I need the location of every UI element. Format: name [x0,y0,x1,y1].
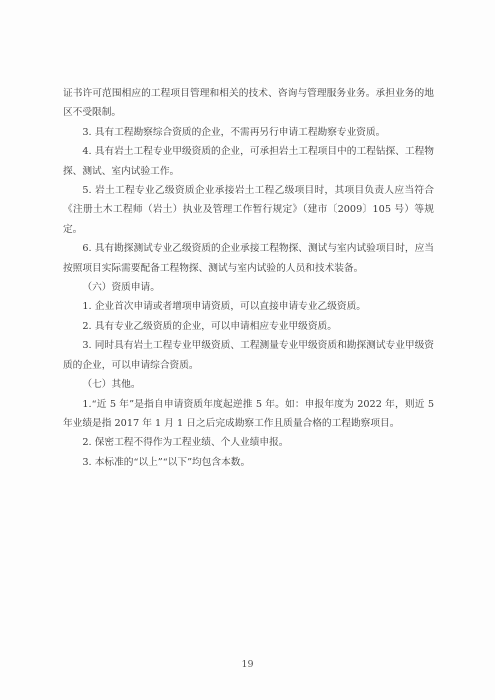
paragraph-item-2: 2. 具有专业乙级资质的企业，可以申请相应专业甲级资质。 [63,317,434,336]
document-body-text: 证书许可范围相应的工程项目管理和相关的技术、咨询与管理服务业务。承担业务的地区不… [63,84,434,472]
paragraph-other-1: 1.“近 5 年”是指自申请资质年度起逆推 5 年。如：申报年度为 2022 年… [63,395,434,434]
page-number: 19 [0,659,495,670]
paragraph-item-6: 6. 具有勘探测试专业乙级资质的企业承接工程物探、测试与室内试验项目时，应当按照… [63,239,434,278]
section-heading-6: （六）资质申请。 [63,278,434,297]
paragraph-item-5: 5. 岩土工程专业乙级资质企业承接岩土工程乙级项目时，其项目负责人应当符合《注册… [63,181,434,239]
paragraph-item-3b: 3. 同时具有岩土工程专业甲级资质、工程测量专业甲级资质和勘探测试专业甲级资质的… [63,336,434,375]
section-heading-7: （七）其他。 [63,375,434,394]
paragraph-item-1: 1. 企业首次申请或者增项申请资质，可以直接申请专业乙级资质。 [63,297,434,316]
paragraph-other-3: 3. 本标准的“以上”“以下”均包含本数。 [63,453,434,472]
paragraph-other-2: 2. 保密工程不得作为工程业绩、个人业绩申报。 [63,433,434,452]
paragraph-item-4: 4. 具有岩土工程专业甲级资质的企业，可承担岩土工程项目中的工程钻探、工程物探、… [63,142,434,181]
paragraph-continuation: 证书许可范围相应的工程项目管理和相关的技术、咨询与管理服务业务。承担业务的地区不… [63,84,434,123]
document-page: 证书许可范围相应的工程项目管理和相关的技术、咨询与管理服务业务。承担业务的地区不… [0,0,495,700]
paragraph-item-3: 3. 具有工程勘察综合资质的企业，不需再另行申请工程勘察专业资质。 [63,123,434,142]
